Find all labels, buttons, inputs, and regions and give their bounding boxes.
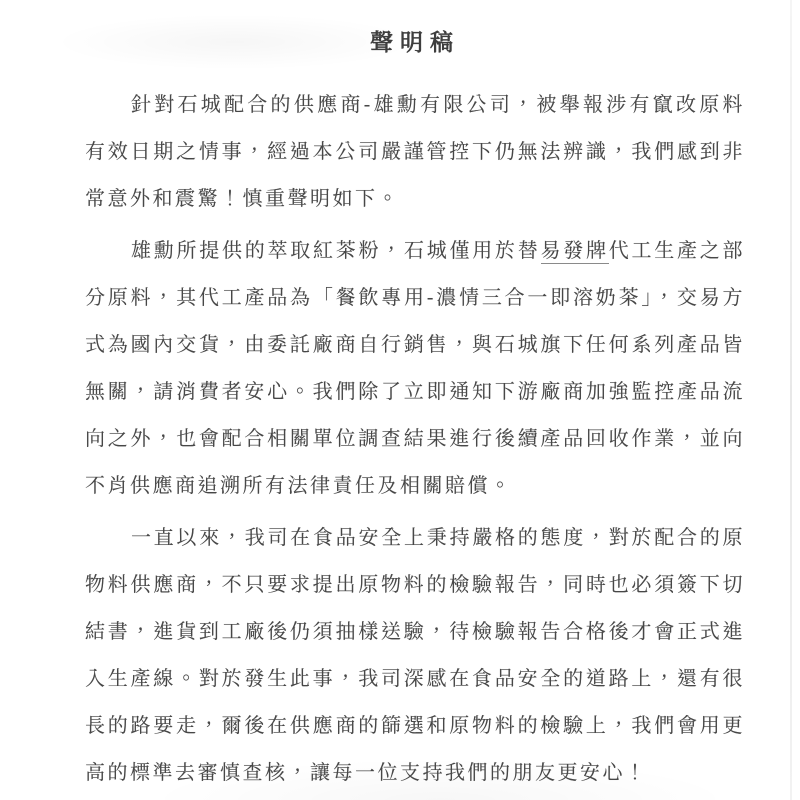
text-segment: 針對石城配合的供應商-雄勳有限公司，被舉報涉有竄改原料有效日期之情事，經過本公司… — [85, 92, 745, 210]
text-segment: 代工生產之部分原料，其代工產品為「餐飲專用-濃情三合一即溶奶茶」，交易方式為國內… — [85, 238, 745, 497]
text-segment: 一直以來，我司在食品安全上秉持嚴格的態度，對於配合的原物料供應商，不只要求提出原… — [85, 525, 745, 784]
paragraph: 一直以來，我司在食品安全上秉持嚴格的態度，對於配合的原物料供應商，不只要求提出原… — [85, 514, 745, 796]
paragraph: 雄勳所提供的萃取紅茶粉，石城僅用於替易發牌代工生產之部分原料，其代工產品為「餐飲… — [85, 227, 745, 509]
text-segment: 雄勳所提供的萃取紅茶粉，石城僅用於替 — [131, 238, 541, 262]
scan-page-edge-line — [790, 0, 792, 800]
paragraph: 針對石城配合的供應商-雄勳有限公司，被舉報涉有竄改原料有效日期之情事，經過本公司… — [85, 81, 745, 222]
underlined-text: 易發牌 — [541, 238, 609, 264]
document-title: 聲明稿 — [85, 24, 745, 57]
scanned-statement-page: 聲明稿 針對石城配合的供應商-雄勳有限公司，被舉報涉有竄改原料有效日期之情事，經… — [0, 0, 800, 800]
document-body: 針對石城配合的供應商-雄勳有限公司，被舉報涉有竄改原料有效日期之情事，經過本公司… — [85, 81, 745, 796]
